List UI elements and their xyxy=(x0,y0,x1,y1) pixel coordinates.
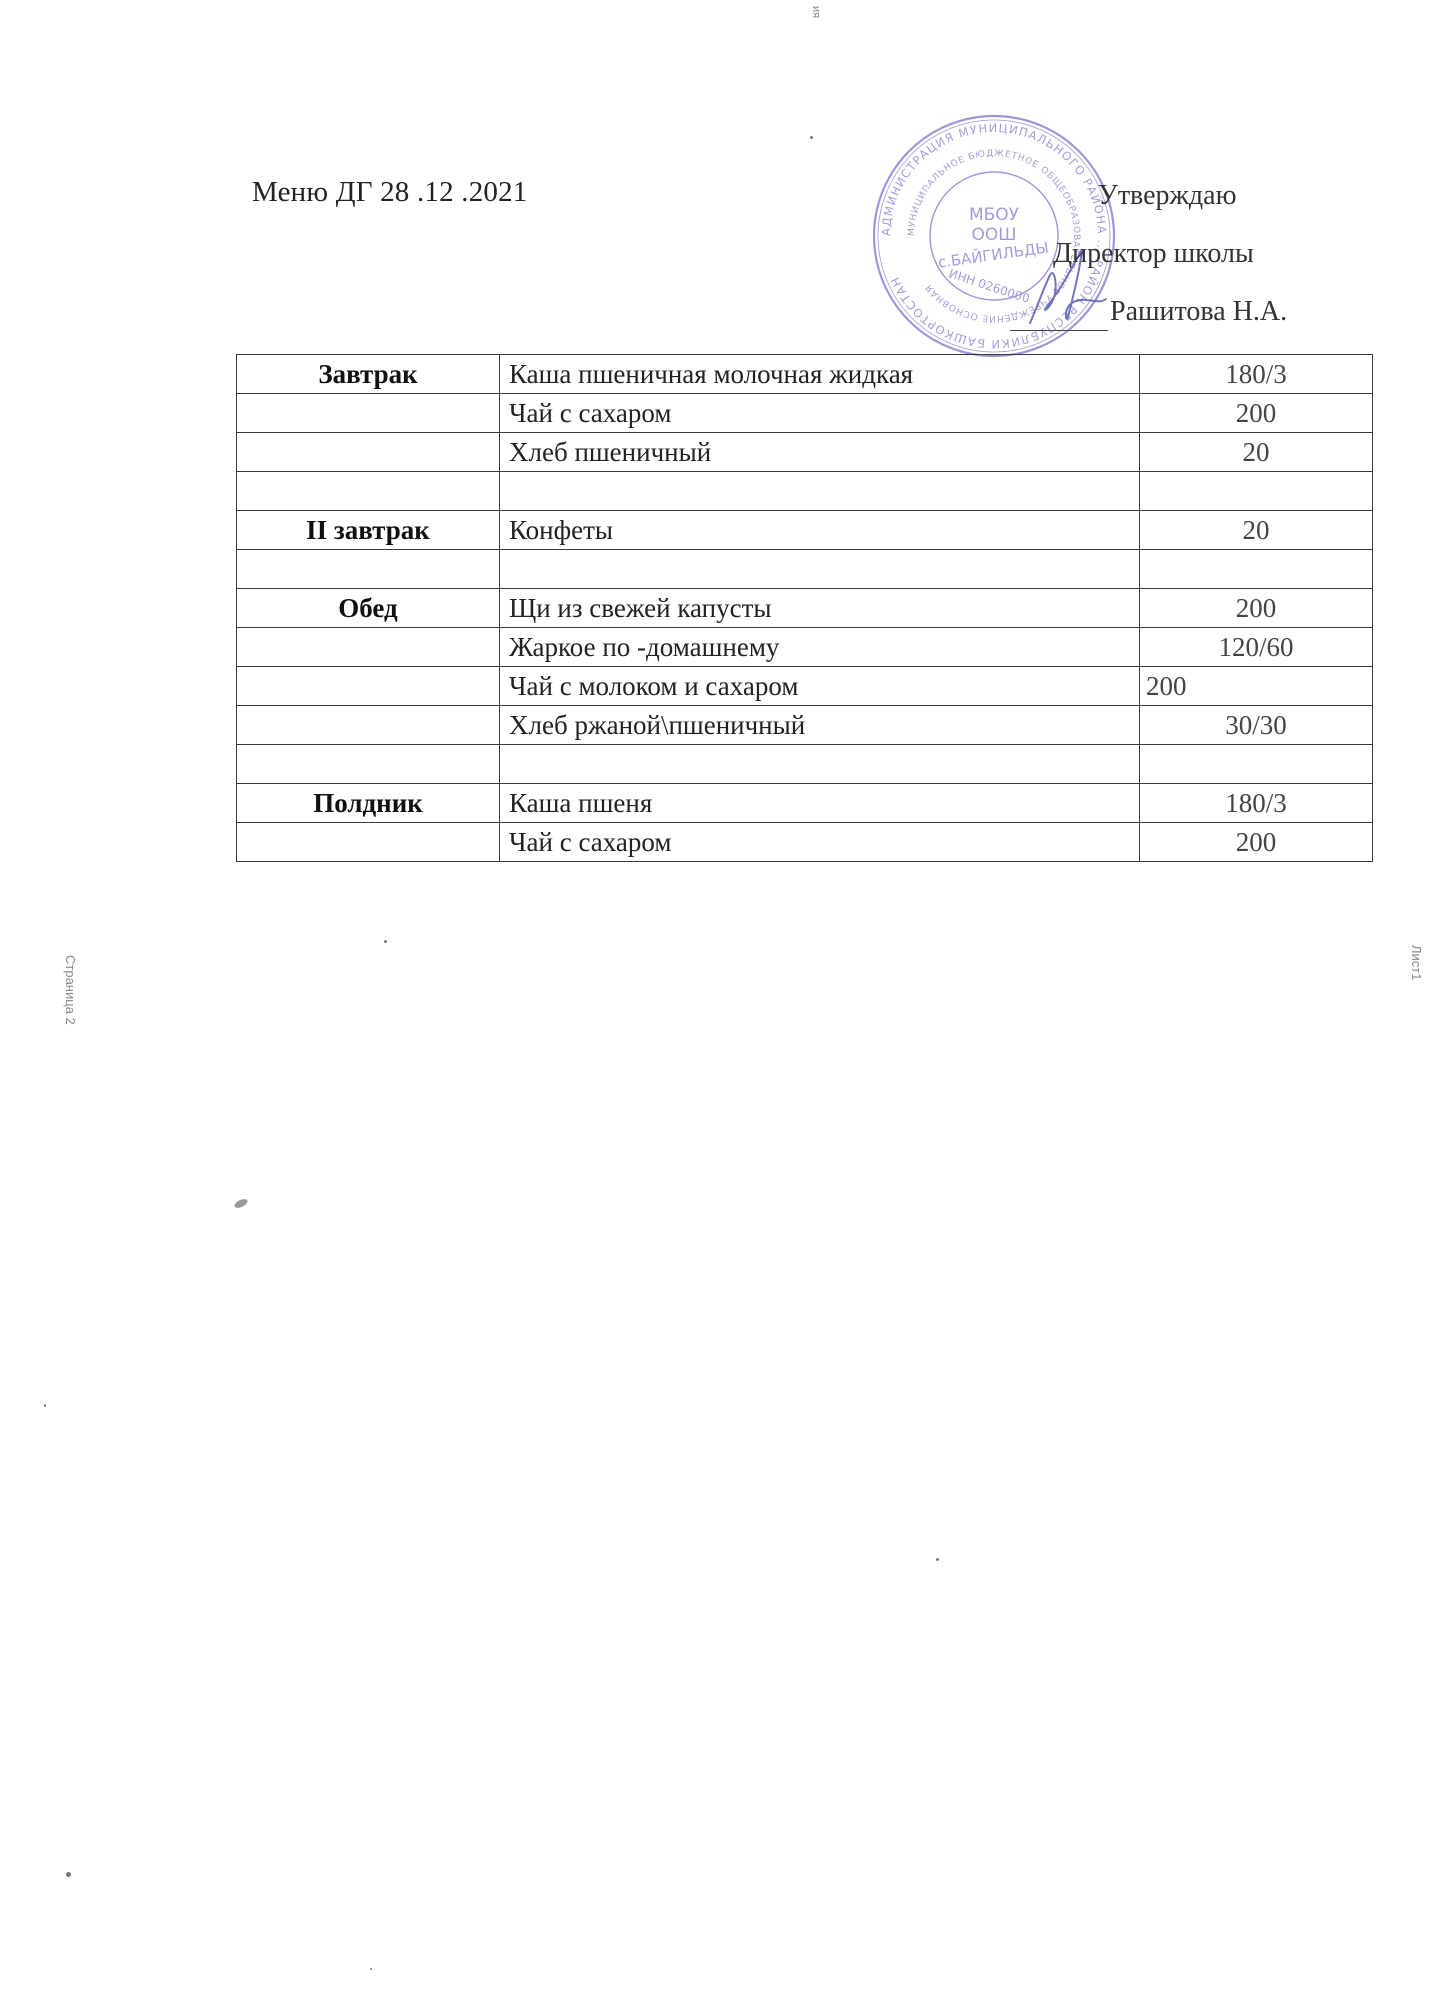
dish-cell: Чай с молоком и сахаром xyxy=(500,667,1140,706)
portion-cell: 180/3 xyxy=(1140,784,1373,823)
dish-cell: Конфеты xyxy=(500,511,1140,550)
meal-cell xyxy=(237,472,500,511)
meal-cell: Полдник xyxy=(237,784,500,823)
portion-cell: 200 xyxy=(1140,394,1373,433)
menu-table: ЗавтракКаша пшеничная молочная жидкая180… xyxy=(236,354,1373,862)
dish-cell xyxy=(500,745,1140,784)
scan-speck xyxy=(44,1404,46,1407)
dish-cell xyxy=(500,550,1140,589)
menu-row xyxy=(237,472,1373,511)
approver-position: Директор школы xyxy=(1053,238,1254,270)
menu-row xyxy=(237,550,1373,589)
menu-row: ОбедЩи из свежей капусты200 xyxy=(237,589,1373,628)
svg-text:МБОУ: МБОУ xyxy=(969,205,1020,225)
menu-row: Хлеб пшеничный20 xyxy=(237,433,1373,472)
portion-cell xyxy=(1140,472,1373,511)
meal-cell: Обед xyxy=(237,589,500,628)
menu-row: Жаркое по -домашнему120/60 xyxy=(237,628,1373,667)
svg-text:с.БАЙГИЛЬДЫ: с.БАЙГИЛЬДЫ xyxy=(937,237,1050,271)
menu-row: Чай с молоком и сахаром200 xyxy=(237,667,1373,706)
menu-row: ПолдникКаша пшеня180/3 xyxy=(237,784,1373,823)
signature-line xyxy=(1010,330,1108,331)
page-number-caption: Страница 2 xyxy=(63,955,78,1025)
portion-cell: 30/30 xyxy=(1140,706,1373,745)
meal-cell: II завтрак xyxy=(237,511,500,550)
portion-cell: 200 xyxy=(1140,589,1373,628)
scan-speck xyxy=(66,1872,71,1877)
scan-speck xyxy=(233,1197,249,1209)
scan-speck xyxy=(384,940,387,943)
scan-speck xyxy=(810,136,813,139)
portion-cell: 20 xyxy=(1140,511,1373,550)
dish-cell: Чай с сахаром xyxy=(500,823,1140,862)
meal-cell xyxy=(237,394,500,433)
menu-row: II завтракКонфеты20 xyxy=(237,511,1373,550)
svg-text:МУНИЦИПАЛЬНОЕ БЮДЖЕТНОЕ ОБЩЕОБ: МУНИЦИПАЛЬНОЕ БЮДЖЕТНОЕ ОБЩЕОБРАЗОВАТЕЛЬ… xyxy=(907,149,1081,323)
approver-name: Рашитова Н.А. xyxy=(1110,296,1287,328)
dish-cell: Каша пшеня xyxy=(500,784,1140,823)
dish-cell: Чай с сахаром xyxy=(500,394,1140,433)
dish-cell: Жаркое по -домашнему xyxy=(500,628,1140,667)
menu-row: Чай с сахаром200 xyxy=(237,394,1373,433)
portion-cell: 120/60 xyxy=(1140,628,1373,667)
meal-cell: Завтрак xyxy=(237,355,500,394)
meal-cell xyxy=(237,628,500,667)
portion-cell xyxy=(1140,745,1373,784)
meal-cell xyxy=(237,433,500,472)
school-stamp-icon: АДМИНИСТРАЦИЯ МУНИЦИПАЛЬНОГО РАЙОНА ... … xyxy=(870,112,1118,360)
portion-cell: 200 xyxy=(1140,667,1373,706)
meal-cell xyxy=(237,823,500,862)
top-edge-caption: ия xyxy=(810,6,822,18)
scan-speck xyxy=(370,1968,372,1970)
portion-cell xyxy=(1140,550,1373,589)
svg-text:ИНН 0260000: ИНН 0260000 xyxy=(947,267,1031,306)
menu-title: Меню ДГ 28 .12 .2021 xyxy=(252,176,528,209)
menu-row xyxy=(237,745,1373,784)
meal-cell xyxy=(237,706,500,745)
svg-text:АДМИНИСТРАЦИЯ МУНИЦИПАЛЬНОГО Р: АДМИНИСТРАЦИЯ МУНИЦИПАЛЬНОГО РАЙОНА ... … xyxy=(879,121,1109,351)
dish-cell: Хлеб ржаной\пшеничный xyxy=(500,706,1140,745)
scan-speck xyxy=(936,1558,939,1561)
dish-cell: Щи из свежей капусты xyxy=(500,589,1140,628)
meal-cell xyxy=(237,667,500,706)
sheet-caption: Лист1 xyxy=(1409,945,1424,980)
portion-cell: 200 xyxy=(1140,823,1373,862)
dish-cell: Хлеб пшеничный xyxy=(500,433,1140,472)
portion-cell: 20 xyxy=(1140,433,1373,472)
dish-cell: Каша пшеничная молочная жидкая xyxy=(500,355,1140,394)
scanned-document-page: Меню ДГ 28 .12 .2021 АДМИНИСТРАЦИЯ МУНИЦ… xyxy=(0,0,1454,2000)
portion-cell: 180/3 xyxy=(1140,355,1373,394)
menu-row: Хлеб ржаной\пшеничный30/30 xyxy=(237,706,1373,745)
svg-text:ООШ: ООШ xyxy=(972,225,1017,245)
menu-row: ЗавтракКаша пшеничная молочная жидкая180… xyxy=(237,355,1373,394)
meal-cell xyxy=(237,550,500,589)
approval-heading: Утверждаю xyxy=(1098,180,1236,212)
dish-cell xyxy=(500,472,1140,511)
menu-row: Чай с сахаром200 xyxy=(237,823,1373,862)
meal-cell xyxy=(237,745,500,784)
